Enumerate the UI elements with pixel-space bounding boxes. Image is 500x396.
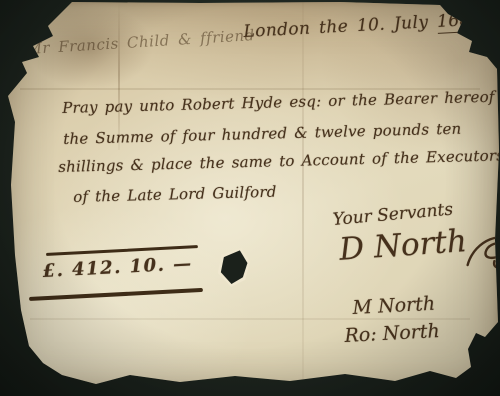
body-line-3: shillings & place the same to Account of… [58, 146, 500, 176]
signature-ro-north: Ro: North [344, 320, 440, 347]
addressee-line: Mr Francis Child & ffriend [26, 26, 255, 58]
signature-flourish [462, 227, 500, 277]
amount-rule-bottom [29, 288, 203, 301]
body-line-4: of the Late Lord Guilford [73, 183, 277, 206]
paper-sheet: London the 10. July 1689 Mr Francis Chil… [0, 0, 500, 396]
paper-crease-vertical [302, 0, 304, 396]
year-underlined: 1689 [437, 10, 483, 34]
body-line-1: Pray pay unto Robert Hyde esq: or the Be… [62, 88, 495, 117]
amount-total: £. 412. 10. — [42, 253, 193, 282]
signature-m-north: M North [352, 293, 436, 319]
paper-crease-horizontal [30, 318, 470, 320]
body-line-2: the Summe of four hundred & twelve pound… [63, 120, 462, 148]
signature-d-north-text: D North [338, 223, 468, 268]
place-date-line: London the 10. July 1689 [243, 10, 482, 42]
place-date-text: London the 10. July [243, 12, 429, 42]
photo-background: { "window": { "width": 500, "height": 39… [0, 0, 500, 396]
signature-d-north: D North [338, 219, 500, 285]
torn-hole [214, 247, 252, 289]
